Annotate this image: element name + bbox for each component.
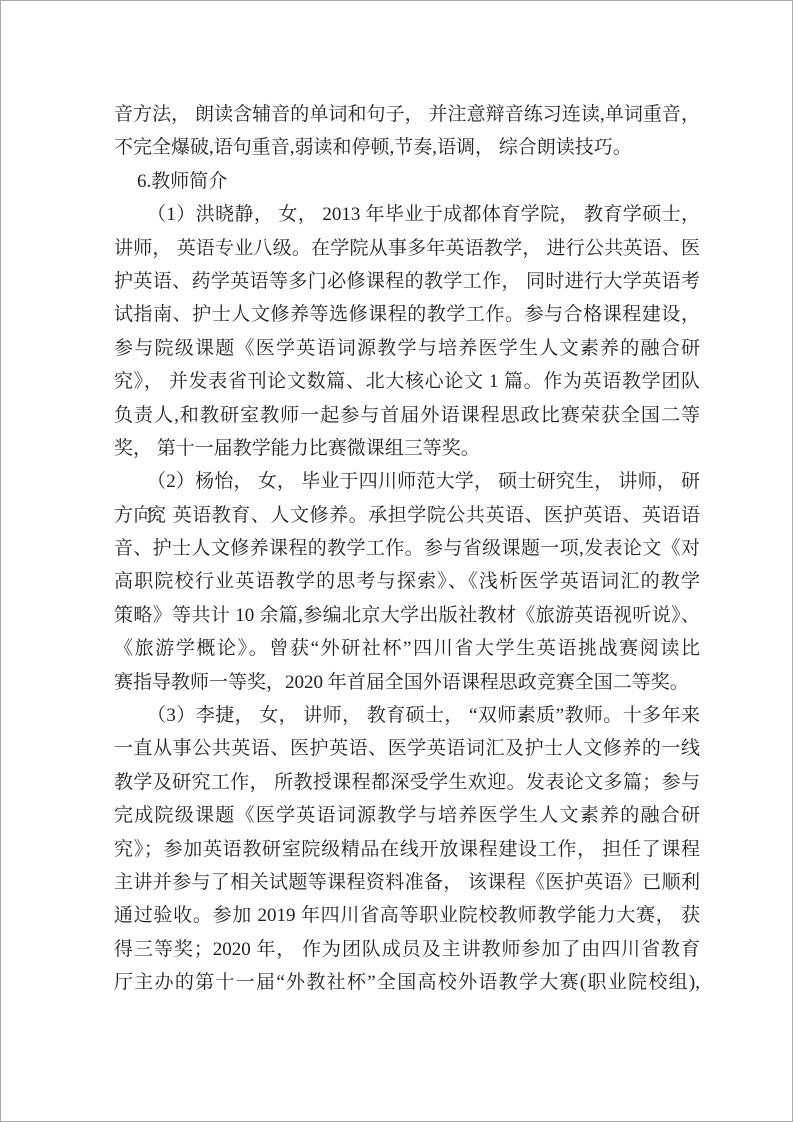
text-line: 试指南、护士人文修养等选修课程的教学工作。参与合格课程建设，	[114, 298, 700, 331]
text-line: 参与院级课题《医学英语词源教学与培养医学生人文素养的融合研	[114, 332, 700, 365]
text-line: 赛指导教师一等奖，2020 年首届全国外语课程思政竞赛全国二等奖。	[114, 666, 700, 699]
text-line: 一直从事公共英语、医护英语、医学英语词汇及护士人文修养的一线	[114, 732, 700, 765]
text-line: 讲师， 英语专业八级。在学院从事多年英语教学， 进行公共英语、医	[114, 232, 700, 265]
text-line: 6.教师简介	[114, 165, 700, 198]
text-line: 教学及研究工作， 所教授课程都深受学生欢迎。发表论文多篇；参与	[114, 766, 700, 799]
text-line: 厅主办的第十一届“外教社杯”全国高校外语教学大赛(职业院校组),	[114, 966, 700, 999]
document-body: 音方法， 朗读含辅音的单词和句子， 并注意辩音练习连读,单词重音，不完全爆破,语…	[114, 98, 700, 1000]
text-line: 方向：英语教育、人文修养。承担学院公共英语、医护英语、英语语	[114, 499, 700, 532]
text-line: 不完全爆破,语句重音,弱读和停顿,节奏,语调， 综合朗读技巧。	[114, 131, 700, 164]
text-line: 策略》等共计 10 余篇,参编北京大学出版社教材《旅游英语视听说》、	[114, 599, 700, 632]
document-page: 音方法， 朗读含辅音的单词和句子， 并注意辩音练习连读,单词重音，不完全爆破,语…	[0, 0, 793, 1122]
text-line: 《旅游学概论》。曾获“外研社杯”四川省大学生英语挑战赛阅读比	[114, 632, 700, 665]
text-line: 音、护士人文修养课程的教学工作。参与省级课题一项,发表论文《对	[114, 532, 700, 565]
text-line: 通过验收。参加 2019 年四川省高等职业院校教师教学能力大赛， 获	[114, 899, 700, 932]
text-line: 究》；参加英语教研室院级精品在线开放课程建设工作， 担任了课程	[114, 833, 700, 866]
text-line: （1）洪晓静， 女， 2013 年毕业于成都体育学院， 教育学硕士，	[114, 198, 700, 231]
text-line: 奖， 第十一届教学能力比赛微课组三等奖。	[114, 432, 700, 465]
text-line: 究》， 并发表省刊论文数篇、北大核心论文 1 篇。作为英语教学团队	[114, 365, 700, 398]
text-line: 得三等奖；2020 年， 作为团队成员及主讲教师参加了由四川省教育	[114, 933, 700, 966]
text-line: （3）李捷， 女， 讲师， 教育硕士， “双师素质”教师。十多年来	[114, 699, 700, 732]
text-line: 高职院校行业英语教学的思考与探索》、《浅析医学英语词汇的教学	[114, 565, 700, 598]
text-line: 护英语、药学英语等多门必修课程的教学工作， 同时进行大学英语考	[114, 265, 700, 298]
text-line: （2）杨怡， 女， 毕业于四川师范大学， 硕士研究生， 讲师， 研究	[114, 465, 700, 498]
text-line: 完成院级课题《医学英语词源教学与培养医学生人文素养的融合研	[114, 799, 700, 832]
text-line: 主讲并参与了相关试题等课程资料准备， 该课程《医护英语》已顺利	[114, 866, 700, 899]
text-line: 负责人,和教研室教师一起参与首届外语课程思政比赛荣获全国二等	[114, 399, 700, 432]
text-line: 音方法， 朗读含辅音的单词和句子， 并注意辩音练习连读,单词重音，	[114, 98, 700, 131]
